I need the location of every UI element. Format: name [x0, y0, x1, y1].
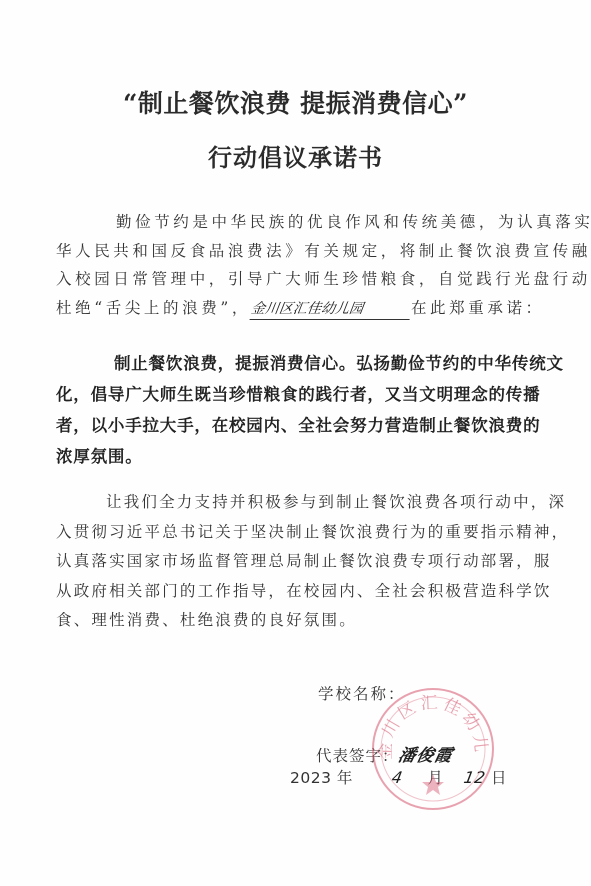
line-suffix: 在此郑重承诺：: [411, 299, 545, 317]
date-day-unit: 日: [491, 769, 507, 787]
paragraph-line: 杜绝“舌尖上的浪费”，金川区汇佳幼儿园在此郑重承诺：: [56, 294, 536, 323]
paragraph-line: 华人民共和国反食品浪费法》有关规定，将制止餐饮浪费宣传融: [56, 237, 536, 266]
paragraph-line: 从政府相关部门的工作指导，在校园内、全社会积极营造科学饮: [56, 577, 536, 607]
paragraph-line: 入校园日常管理中，引导广大师生珍惜粮食，自觉践行光盘行动，: [56, 265, 536, 294]
paragraph-line: 浓厚氛围。: [56, 441, 536, 472]
paragraph-line: 勤俭节约是中华民族的优良作风和传统美德，为认真落实《中: [56, 208, 536, 237]
document-page: “制止餐饮浪费 提振消费信心” 行动倡议承诺书 勤俭节约是中华民族的优良作风和传…: [0, 0, 591, 886]
paragraph-line: 让我们全力支持并积极参与到制止餐饮浪费各项行动中，深: [56, 488, 536, 518]
line-prefix: 杜绝“舌尖上的浪费”，: [56, 299, 251, 317]
representative-signature-row: 代表签字：潘俊霞: [316, 741, 453, 766]
document-title: “制止餐饮浪费 提振消费信心”: [0, 84, 591, 120]
paragraph-line: 认真落实国家市场监督管理总局制止餐饮浪费专项行动部署，服: [56, 547, 536, 577]
paragraph-line: 化，倡导广大师生既当珍惜粮食的践行者，又当文明理念的传播: [56, 379, 536, 410]
date-month-unit: 月: [427, 769, 443, 787]
date-row: 2023 年 4 月 12 日: [290, 766, 507, 788]
date-month: 4: [390, 768, 404, 787]
date-day: 12: [463, 768, 488, 787]
document-subtitle: 行动倡议承诺书: [0, 138, 591, 173]
paragraph-line: 食、理性消费、杜绝浪费的良好氛围。: [56, 606, 536, 636]
paragraph-intro: 勤俭节约是中华民族的优良作风和传统美德，为认真落实《中 华人民共和国反食品浪费法…: [56, 208, 536, 322]
paragraph-commitment: 制止餐饮浪费，提振消费信心。弘扬勤俭节约的中华传统文 化，倡导广大师生既当珍惜粮…: [56, 348, 536, 472]
school-name-handwritten: 金川区汇佳幼儿园: [249, 299, 412, 320]
paragraph-call-to-action: 让我们全力支持并积极参与到制止餐饮浪费各项行动中，深 入贯彻习近平总书记关于坚决…: [56, 488, 536, 636]
paragraph-line: 制止餐饮浪费，提振消费信心。弘扬勤俭节约的中华传统文: [56, 348, 536, 379]
date-year-unit: 年: [337, 769, 353, 787]
paragraph-line: 者，以小手拉大手，在校园内、全社会努力营造制止餐饮浪费的: [56, 410, 536, 441]
representative-label: 代表签字：: [316, 747, 399, 765]
paragraph-line: 入贯彻习近平总书记关于坚决制止餐饮浪费行为的重要指示精神，: [56, 518, 536, 548]
representative-signature: 潘俊霞: [396, 741, 455, 766]
date-year: 2023: [290, 769, 331, 787]
school-name-label: 学校名称：: [318, 682, 406, 704]
